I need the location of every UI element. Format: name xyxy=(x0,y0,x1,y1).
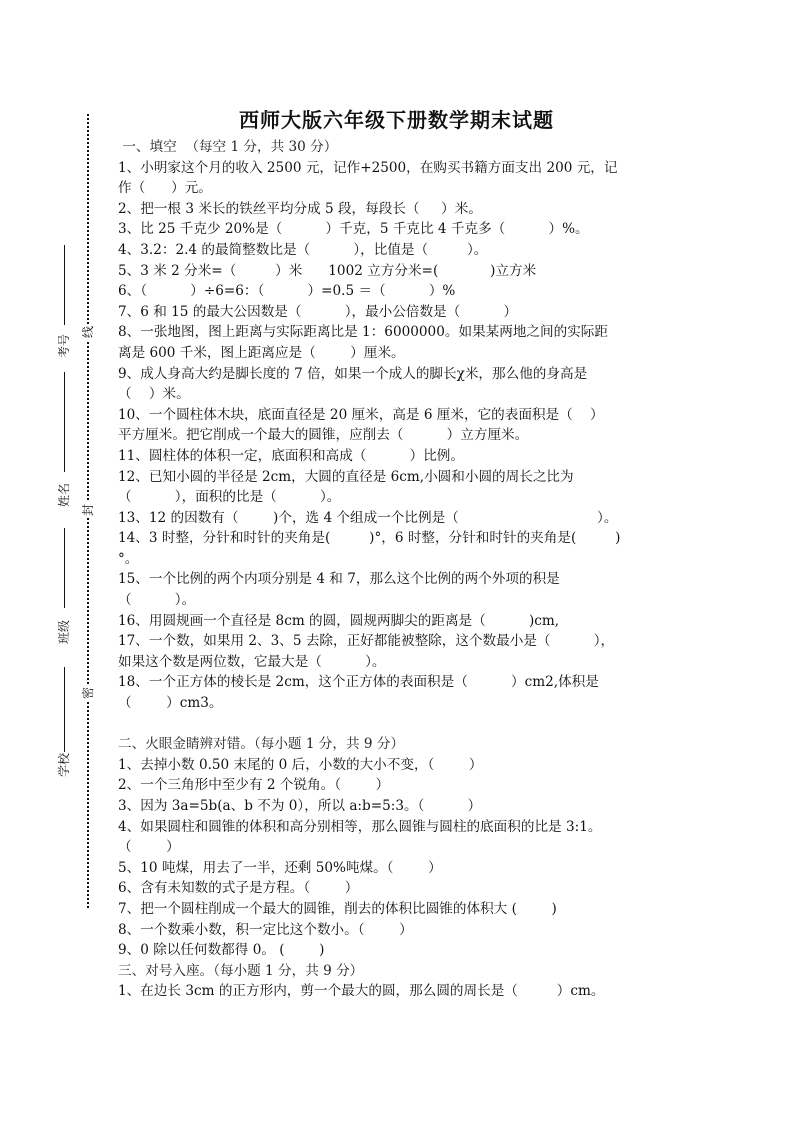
question-line: 离是 600 千米，图上距离应是（ ）厘米。 xyxy=(118,343,676,364)
question-line: 7、6 和 15 的最大公因数是（ ），最小公倍数是（ ） xyxy=(118,302,676,323)
exam-content: 一、填空 （每空 1 分，共 30 分） 1、小明家这个月的收入 2500 元，… xyxy=(118,137,676,1002)
question-line: 3、比 25 千克少 20%是（ ）千克，5 千克比 4 千克多（ ）%。 xyxy=(118,219,676,240)
question-line: 7、把一个圆柱削成一个最大的圆锥，削去的体积比圆锥的体积大 ( ) xyxy=(118,899,676,920)
question-line: 3、因为 3a=5b(a、b 不为 0），所以 a:b=5:3。（ ） xyxy=(118,796,676,817)
question-line: 平方厘米。把它削成一个最大的圆锥，应削去（ ）立方厘米。 xyxy=(118,425,676,446)
question-line: 1、去掉小数 0.50 末尾的 0 后，小数的大小不变，（ ） xyxy=(118,755,676,776)
cut-mark-feng: 封 xyxy=(80,502,96,518)
section-heading-true-false: 二、火眼金睛辨对错。（每小题 1 分，共 9 分） xyxy=(118,734,676,755)
question-line: 6、（ ）÷6=6：（ ）=0.5 ＝（ ）% xyxy=(118,281,676,302)
question-line: 17、一个数，如果用 2、3、5 去除，正好都能被整除，这个数最小是（ ）， xyxy=(118,631,676,652)
exam-number-label: 考号 xyxy=(57,332,71,360)
question-line: 作（ ）元。 xyxy=(118,178,676,199)
question-line: 6、含有未知数的式子是方程。（ ） xyxy=(118,878,676,899)
question-line: 11、圆柱体的体积一定，底面积和高成（ ）比例。 xyxy=(118,446,676,467)
cut-mark-mi: 密 xyxy=(80,685,96,701)
question-line: 13、12 的因数有（ )个，选 4 个组成一个比例是（ ）。 xyxy=(118,508,676,529)
question-line: 1、在边长 3cm 的正方形内，剪一个最大的圆，那么圆的周长是（ ）cm。 xyxy=(118,981,676,1002)
question-line: （ ）米。 xyxy=(118,384,676,405)
blank-line xyxy=(118,714,676,735)
question-line: 4、3.2：2.4 的最简整数比是（ ），比值是（ ）。 xyxy=(118,240,676,261)
class-label: 班级 xyxy=(57,618,71,646)
section-heading-choice: 三、对号入座。（每小题 1 分，共 9 分） xyxy=(118,961,676,982)
question-line: （ ）。 xyxy=(118,590,676,611)
question-line: 1、小明家这个月的收入 2500 元，记作+2500，在购买书籍方面支出 200… xyxy=(118,158,676,179)
question-line: 18、一个正方体的棱长是 2cm，这个正方体的表面积是（ ）cm2,体积是 xyxy=(118,672,676,693)
page-title: 西师大版六年级下册数学期末试题 xyxy=(0,104,793,133)
question-line: 9、0 除以任何数都得 0。 ( ) xyxy=(118,940,676,961)
question-line: 4、如果圆柱和圆锥的体积和高分别相等，那么圆锥与圆柱的底面积的比是 3:1。 xyxy=(118,817,676,838)
section-heading-fill-blank: 一、填空 （每空 1 分，共 30 分） xyxy=(118,137,676,158)
school-label: 学校 xyxy=(57,751,71,779)
question-line: 14、3 时整，分针和时针的夹角是( )°，6 时整，分针和时针的夹角是( ) xyxy=(118,528,676,549)
question-line: （ ）cm3。 xyxy=(118,693,676,714)
question-line: 5、3 米 2 分米=（ ）米 1002 立方分米=( )立方米 xyxy=(118,261,676,282)
question-line: 8、一个数乘小数，积一定比这个数小。（ ） xyxy=(118,920,676,941)
cut-mark-xian: 线 xyxy=(80,324,96,340)
question-line: 5、10 吨煤，用去了一半，还剩 50%吨煤。（ ） xyxy=(118,858,676,879)
school-line[interactable] xyxy=(64,667,65,752)
question-line: 2、把一根 3 米长的铁丝平均分成 5 段，每段长（ ）米。 xyxy=(118,199,676,220)
question-line: （ ） xyxy=(118,837,676,858)
question-line: 15、一个比例的两个内项分别是 4 和 7，那么这个比例的两个外项的积是 xyxy=(118,569,676,590)
question-line: 9、成人身高大约是脚长度的 7 倍，如果一个成人的脚长χ米，那么他的身高是 xyxy=(118,364,676,385)
question-line: 2、一个三角形中至少有 2 个锐角。（ ） xyxy=(118,775,676,796)
question-line: 16、用圆规画一个直径是 8cm 的圆，圆规两脚尖的距离是（ )cm, xyxy=(118,611,676,632)
name-line[interactable] xyxy=(64,372,65,472)
question-line: 如果这个数是两位数，它最大是（ ）。 xyxy=(118,652,676,673)
class-line[interactable] xyxy=(64,528,65,608)
question-line: °。 xyxy=(118,549,676,570)
question-line: 8、一张地图，图上距离与实际距离比是 1：6000000。如果某两地之间的实际距 xyxy=(118,322,676,343)
question-line: 12、已知小圆的半径是 2cm，大圆的直径是 6cm,小圆和小圆的周长之比为 xyxy=(118,467,676,488)
question-line: （ ），面积的比是（ ）。 xyxy=(118,487,676,508)
question-line: 10、一个圆柱体木块，底面直径是 20 厘米，高是 6 厘米，它的表面积是（ ） xyxy=(118,405,676,426)
exam-number-line[interactable] xyxy=(64,245,65,325)
name-label: 姓名 xyxy=(57,481,71,509)
